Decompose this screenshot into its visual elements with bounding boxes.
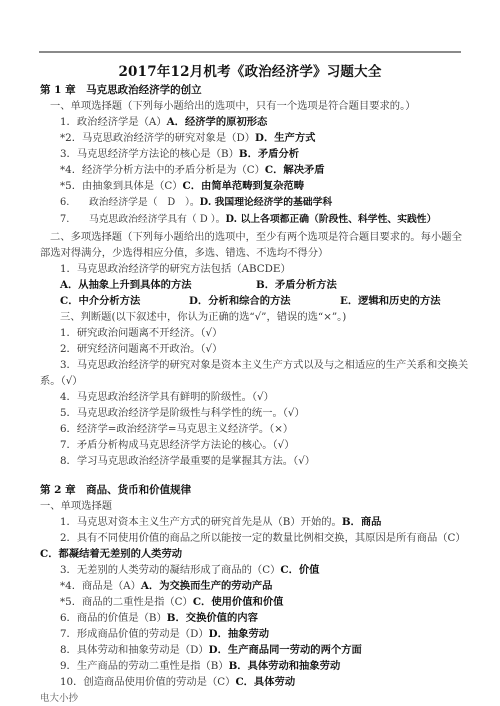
question-item: 3．无差别的人类劳动的凝结形成了商品的（C）C．价值: [60, 562, 319, 578]
question-item: 1．马克思政治经济学的研究方法包括（ABCDE）: [60, 261, 291, 277]
question-item: 6. 政治经济学是（ D ）。D. 我国理论经济学的基础学科: [60, 195, 332, 211]
section-heading-single-choice: 一、单项选择题: [40, 498, 112, 514]
statement-item: 2．研究经济问题离不开政治。（√）: [60, 341, 222, 357]
statement-item: 7．矛盾分析构成马克思经济学方法论的核心。（√）: [60, 437, 295, 453]
page-footer: 电大小抄: [40, 690, 78, 704]
statement-item: 6．经济学=政治经济学=马克思主义经济学。（×）: [60, 421, 293, 437]
question-item: 1．马克思对资本主义生产方式的研究首先是从（B）开始的。B．商品: [60, 514, 381, 530]
question-item: *5．商品的二重性是指（C）C．使用价值和价值: [60, 594, 283, 610]
question-item: 7. 马克思政治经济学具有（ D ）。D. 以上各项都正确（阶段性、科学性、实践…: [60, 212, 436, 228]
statement-item: 4．马克思政治经济学具有鲜明的阶级性。（√）: [60, 389, 274, 405]
section-heading-true-false: 三、判断题(以下叙述中，你认为正确的选“√”，错误的选“×”。): [60, 309, 346, 325]
statement-item: 3．马克思政治经济学的研究对象是资本主义生产方式以及与之相适应的生产关系和交换关: [60, 357, 468, 373]
section-heading-single-choice: 一、单项选择题（下列每小题给出的选项中，只有一个选项是符合题目要求的。）: [50, 98, 416, 114]
header-rule: [39, 51, 461, 53]
question-item: *2．马克思政治经济学的研究对象是（D）D．生产方式: [60, 130, 315, 146]
question-item: 8．具体劳动和抽象劳动是（D）D．生产商品同一劳动的两个方面: [60, 642, 362, 658]
statement-item: 8．学习马克思政治经济学最重要的是掌握其方法。（√）: [60, 453, 315, 469]
question-item: 7．形成商品价值的劳动是（D）D．抽象劳动: [60, 626, 269, 642]
option-c: C．中介分析方法: [60, 293, 140, 309]
question-item: 9．生产商品的劳动二重性是指（B）B．具体劳动和抽象劳动: [60, 658, 340, 674]
question-item: *5．由抽象到具体是（C）C．由简单范畴到复杂范畴: [60, 178, 304, 194]
chapter-1-heading: 第 1 章 马克思政治经济学的创立: [40, 82, 202, 98]
statement-item: 1．研究政治问题离不开经济。（√）: [60, 325, 222, 341]
question-item-cont: C．都凝结着无差别的人类劳动: [40, 546, 182, 562]
option-d: D．分析和综合的方法: [189, 293, 291, 309]
statement-item: 5．马克思政治经济学是阶级性与科学性的统一。（√）: [60, 405, 305, 421]
option-a: A．从抽象上升到具体的方法: [60, 277, 192, 293]
chapter-2-heading: 第 2 章 商品、货币和价值规律: [40, 482, 191, 498]
statement-item-cont: 系。（√）: [40, 373, 83, 389]
option-e: E．逻辑和历史的方法: [340, 293, 441, 309]
question-item: 6．商品的价值是（B）B．交换价值的内容: [60, 610, 258, 626]
document-title: 2017年12月机考《政治经济学》习题大全: [0, 60, 500, 80]
question-item: 3．马克思经济学方法论的核心是（B）B．矛盾分析: [60, 146, 299, 162]
question-item: *4．经济学分析方法中的矛盾分析是为（C）C．解决矛盾: [60, 162, 325, 178]
section-heading-multi-choice-cont: 部选对得满分，少选得相应分值，多选、错选、不选均不得分）: [40, 245, 328, 261]
question-item: 2．具有不同使用价值的商品之所以能按一定的数量比例相交换，其原因是所有商品（C）: [60, 530, 466, 546]
question-item: 10．创造商品使用价值的劳动是（C）C．具体劳动: [60, 674, 295, 690]
question-item: 1．政治经济学是（A）A．经济学的原初形态: [60, 114, 267, 130]
question-item: *4．商品是（A）A．为交换而生产的劳动产品: [60, 578, 272, 594]
section-heading-multi-choice: 二、多项选择题（下列每小题给出的选项中，至少有两个选项是符合题目要求的。每小题全: [50, 229, 462, 245]
document-page: 2017年12月机考《政治经济学》习题大全 第 1 章 马克思政治经济学的创立 …: [0, 0, 500, 706]
option-b: B．矛盾分析方法: [256, 277, 337, 293]
